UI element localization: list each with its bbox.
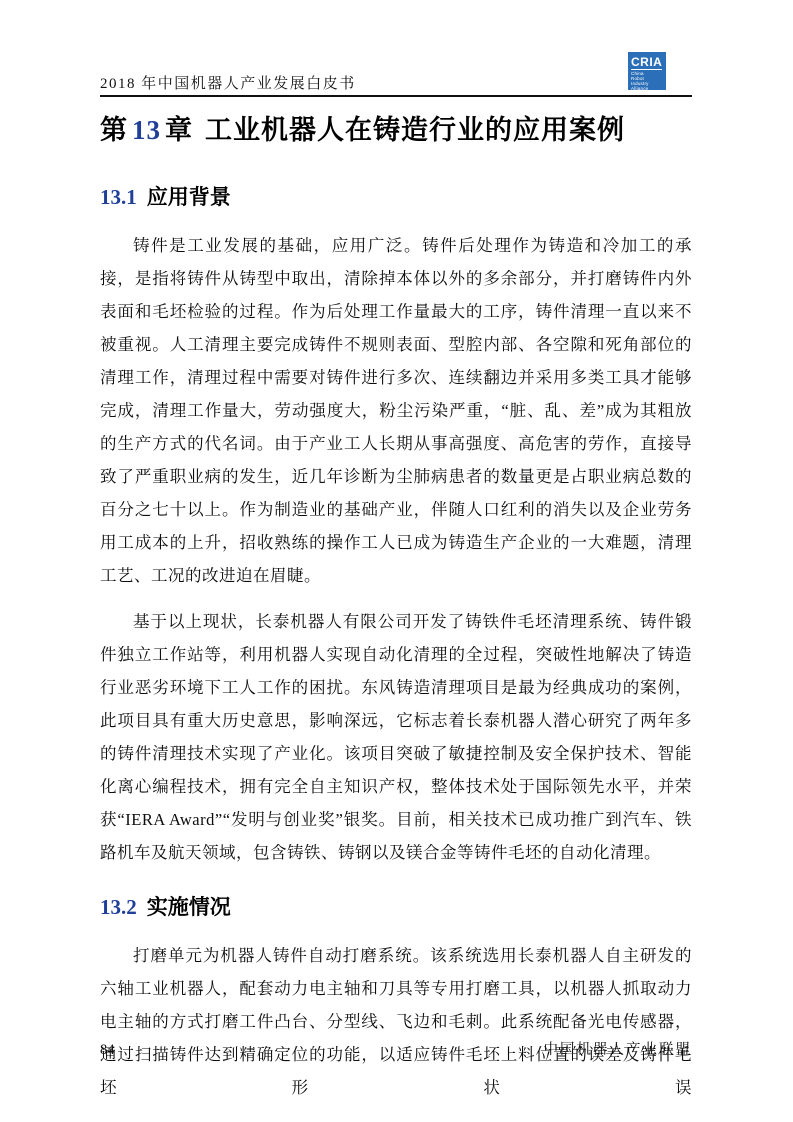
cria-logo: CRIA China Robot Industry Alliance bbox=[628, 52, 666, 90]
chapter-heading: 第13章工业机器人在铸造行业的应用案例 bbox=[100, 108, 692, 147]
chapter-title-text: 工业机器人在铸造行业的应用案例 bbox=[205, 115, 625, 145]
section-title: 应用背景 bbox=[147, 186, 231, 209]
document-page: 2018 年中国机器人产业发展白皮书 CRIA China Robot Indu… bbox=[0, 0, 793, 1122]
page-number: 84 bbox=[100, 1042, 115, 1059]
chapter-number: 13 bbox=[128, 115, 165, 145]
section-heading-13-2: 13.2实施情况 bbox=[100, 891, 692, 921]
header-doc-title: 2018 年中国机器人产业发展白皮书 bbox=[100, 72, 356, 93]
paragraph: 铸件是工业发展的基础，应用广泛。铸件后处理作为铸造和冷加工的承接，是指将铸件从铸… bbox=[100, 229, 692, 592]
section-heading-13-1: 13.1应用背景 bbox=[100, 181, 692, 211]
cria-logo-acronym: CRIA bbox=[631, 56, 662, 70]
cria-logo-name-line: Alliance bbox=[631, 86, 666, 91]
header-rule bbox=[100, 95, 692, 97]
chapter-label-prefix: 第 bbox=[100, 115, 128, 145]
section-title: 实施情况 bbox=[147, 896, 231, 919]
footer-organization: 中国机器人产业联盟 bbox=[544, 1038, 693, 1059]
section-number: 13.2 bbox=[100, 895, 137, 919]
paragraph: 基于以上现状，长泰机器人有限公司开发了铸铁件毛坯清理系统、铸件锻件独立工作站等，… bbox=[100, 605, 692, 869]
section-number: 13.1 bbox=[100, 185, 137, 209]
page-content: 第13章工业机器人在铸造行业的应用案例 13.1应用背景 铸件是工业发展的基础，… bbox=[100, 108, 692, 1104]
page-footer: 84 中国机器人产业联盟 bbox=[100, 1038, 692, 1059]
chapter-label-suffix: 章 bbox=[165, 115, 193, 145]
paragraph: 打磨单元为机器人铸件自动打磨系统。该系统选用长泰机器人自主研发的六轴工业机器人，… bbox=[100, 939, 692, 1104]
